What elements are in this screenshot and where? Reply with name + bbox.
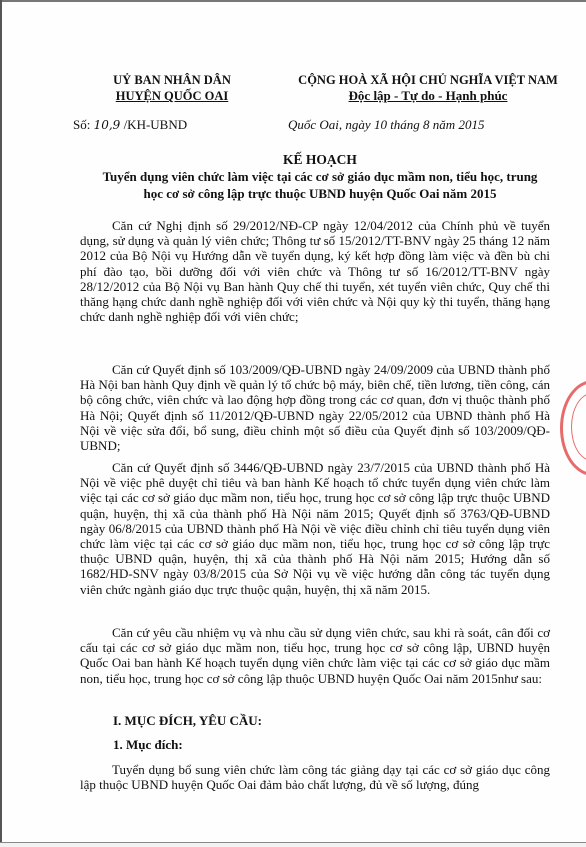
number-label: Số:: [73, 117, 90, 132]
number-handwritten: 10,9: [94, 118, 121, 132]
scan-edge-top: [0, 0, 586, 2]
purpose-paragraph: Tuyển dụng bổ sung viên chức làm công tá…: [80, 762, 550, 792]
day-handwritten: 10: [374, 117, 387, 132]
nation-name: CỘNG HOÀ XÃ HỘI CHỦ NGHĨA VIỆT NAM: [276, 72, 580, 88]
paragraph-legal-basis-1: Căn cứ Nghị định số 29/2012/NĐ-CP ngày 1…: [80, 218, 550, 324]
place-date-suffix: tháng 8 năm 2015: [390, 117, 484, 132]
document-title: KẾ HOẠCH: [60, 152, 580, 168]
issuing-authority: UỶ BAN NHÂN DÂN HUYỆN QUỐC OAI: [72, 72, 272, 104]
subtitle-line-2: học cơ sở công lập trực thuộc UBND huyện…: [60, 185, 580, 202]
section-heading: I. MỤC ĐÍCH, YÊU CẦU:: [113, 713, 262, 729]
national-header: CỘNG HOÀ XÃ HỘI CHỦ NGHĨA VIỆT NAM Độc l…: [276, 72, 580, 104]
place-date: Quốc Oai, ngày 10 tháng 8 năm 2015: [288, 117, 484, 133]
paragraph-legal-basis-4: Căn cứ yêu cầu nhiệm vụ và nhu cầu sử dụ…: [80, 625, 550, 686]
national-motto: Độc lập - Tự do - Hạnh phúc: [276, 88, 580, 104]
subtitle-line-1: Tuyển dụng viên chức làm việc tại các cơ…: [60, 168, 580, 185]
document-page: UỶ BAN NHÂN DÂN HUYỆN QUỐC OAI Số: 10,9 …: [0, 0, 586, 847]
paragraph-legal-basis-2: Căn cứ Quyết định số 103/2009/QĐ-UBND ng…: [80, 362, 550, 453]
place-date-prefix: Quốc Oai, ngày: [288, 117, 371, 132]
paragraph-legal-basis-3: Căn cứ Quyết định số 3446/QĐ-UBND ngày 2…: [80, 460, 550, 597]
subsection-heading: 1. Mục đích:: [113, 737, 183, 753]
authority-line-2: HUYỆN QUỐC OAI: [72, 88, 272, 104]
document-number: Số: 10,9 /KH-UBND: [73, 117, 187, 133]
number-suffix: /KH-UBND: [124, 117, 188, 132]
scan-edge-bottom: [0, 842, 586, 847]
official-seal-stamp: [560, 380, 586, 476]
document-subtitle: Tuyển dụng viên chức làm việc tại các cơ…: [60, 168, 580, 202]
authority-line-1: UỶ BAN NHÂN DÂN: [72, 72, 272, 88]
scan-edge-left: [0, 0, 2, 847]
